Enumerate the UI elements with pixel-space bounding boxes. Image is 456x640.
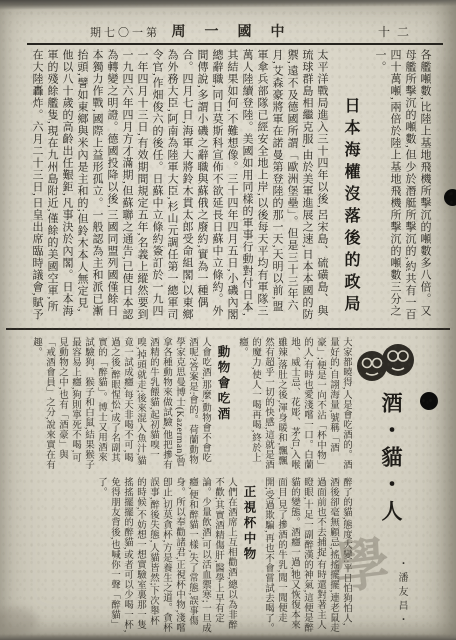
scanned-magazine-page: 期七〇一第 周一國中 十二 各艦噸數,比陸上基地飛機所擊沉的噸數多八倍。又母艦所… <box>0 0 456 640</box>
punch-dot-icon <box>420 392 438 410</box>
article-bottom-intro: 大家都曉得,人是會吃酒的。酒量好的,自詡海量,號稱「酒豪」;便是一向不沾「杯中物… <box>237 337 351 470</box>
article-top: 各艦噸數,比陸上基地飛機所擊沉的噸數多八倍。又母艦所擊沉的噸數,但少於潛艇所擊沉… <box>30 49 432 321</box>
subheading-animals-drink: 動物會吃酒 <box>216 345 229 470</box>
article-bottom-band1-body: 人會吃酒,那麼,動物會不會吃酒呢?答案是:會的。荷蘭動物學家克思曼博士(Kaze… <box>31 337 210 470</box>
issue-number: 期七〇一第 <box>90 24 160 40</box>
article-bottom-author: ・潘友昌・ <box>394 558 409 628</box>
article-bottom-title: 酒・貓・人 <box>374 392 408 527</box>
twin-figures-ornament-icon <box>354 340 420 386</box>
article-bottom-band1: 大家都曉得,人是會吃酒的。酒量好的,自詡海量,號稱「酒豪」;便是一向不沾「杯中物… <box>6 337 352 470</box>
article-bottom-band2-start: 醉了的貓,態度大變:平日怕狗怕人,酒後卻毫無顧忌,搖搖擺擺,連老鼠走過面前也不去… <box>263 477 351 633</box>
section-divider-rule <box>6 328 450 330</box>
article-top-intro: 各艦噸數,比陸上基地飛機所擊沉的噸數多八倍。又母艦所擊沉的噸數,但少於潛艇所擊沉… <box>372 49 432 321</box>
page-number: 十二 <box>378 23 416 40</box>
article-bottom-band2: 醉了的貓,態度大變:平日怕狗怕人,酒後卻毫無顧忌,搖搖擺擺,連老鼠走過面前也不去… <box>6 477 352 633</box>
subheading-face-the-cup: 正視杯中物 <box>242 485 255 633</box>
punch-dot-icon <box>444 189 456 206</box>
scan-smudge <box>440 60 454 210</box>
article-bottom-band2-body: 人們在酒席上互相勸酒,總以為非醉不歡;其實酒精傷肝,醫學上早有定論。少量飲酒,可… <box>96 477 236 633</box>
scan-edge-top <box>0 0 456 10</box>
masthead-title: 周一國中 <box>153 21 304 41</box>
article-bottom-titleblock: 酒・貓・人 ・潘友昌・ <box>348 334 450 636</box>
article-top-body: 太平洋戰局進入三十四年以後,呂宋島、硫磺島、與琉球群島相繼克服,由於美軍進展之速… <box>30 49 329 321</box>
header-rule <box>27 43 443 45</box>
article-top-title: 日本海權沒落後的政局 <box>338 97 362 321</box>
scan-edge-bottom <box>0 634 456 640</box>
